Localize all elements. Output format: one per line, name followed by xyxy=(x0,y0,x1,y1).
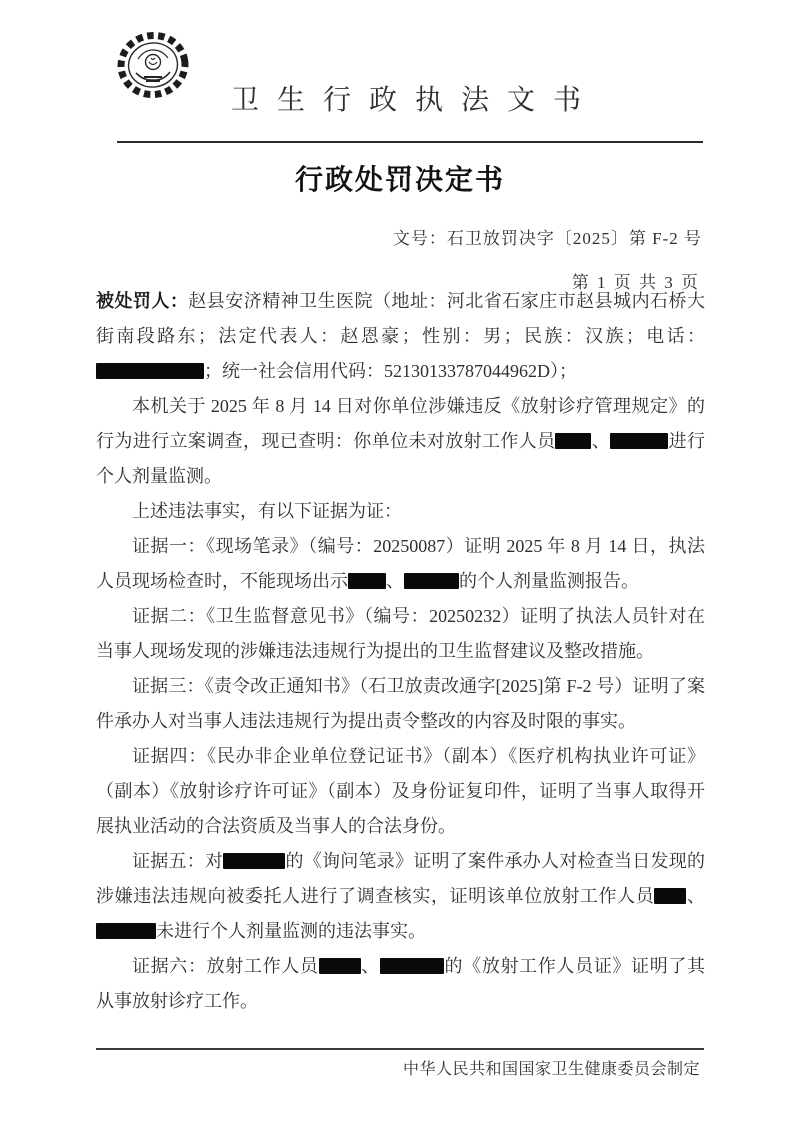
paragraph-text: 赵县安济精神卫生医院（地址：河北省石家庄市赵县城内石桥大街南段路东；法定代表人：… xyxy=(96,291,705,346)
paragraph-lead-label: 被处罚人： xyxy=(96,291,188,311)
paragraph-text: 证据四：《民办非企业单位登记证书》（副本）《医疗机构执业许可证》（副本）《放射诊… xyxy=(96,746,705,836)
paragraph-text: 未进行个人剂量监测的违法事实。 xyxy=(156,921,426,941)
redaction-bar xyxy=(404,573,459,589)
document-title: 行政处罚决定书 xyxy=(0,158,800,198)
body-paragraph: 证据一：《现场笔录》（编号：20250087）证明 2025 年 8 月 14 … xyxy=(96,529,705,599)
footer-divider xyxy=(96,1048,704,1050)
document-body: 被处罚人：赵县安济精神卫生医院（地址：河北省石家庄市赵县城内石桥大街南段路东；法… xyxy=(96,284,705,1019)
header-divider xyxy=(117,141,703,143)
paragraph-text: 、 xyxy=(686,886,705,906)
document-number: 文号：石卫放罚决字〔2025〕第 F-2 号 xyxy=(393,224,702,249)
body-paragraph: 证据三：《责令改正通知书》（石卫放责改通字[2025]第 F-2 号）证明了案件… xyxy=(96,669,705,739)
paragraph-text: 、 xyxy=(386,571,404,591)
body-paragraph: 证据六：放射工作人员、的《放射工作人员证》证明了其从事放射诊疗工作。 xyxy=(96,949,705,1019)
redaction-bar xyxy=(348,573,386,589)
redaction-bar xyxy=(96,363,204,379)
redaction-bar xyxy=(654,888,686,904)
paragraph-text: 证据三：《责令改正通知书》（石卫放责改通字[2025]第 F-2 号）证明了案件… xyxy=(96,676,705,731)
paragraph-text: ；统一社会信用代码：52130133787044962D）； xyxy=(204,361,577,381)
document-series-label: 卫生行政执法文书 xyxy=(231,78,599,118)
body-paragraph: 本机关于 2025 年 8 月 14 日对你单位涉嫌违反《放射诊疗管理规定》的行… xyxy=(96,389,705,494)
redaction-bar xyxy=(610,433,668,449)
body-paragraph: 证据二：《卫生监督意见书》（编号：20250232）证明了执法人员针对在当事人现… xyxy=(96,599,705,669)
paragraph-text: 证据五：对 xyxy=(132,851,223,871)
body-paragraph: 证据五：对的《询问笔录》证明了案件承办人对检查当日发现的涉嫌违法违规向被委托人进… xyxy=(96,844,705,949)
scanned-document-page: 卫生行政执法文书 行政处罚决定书 文号：石卫放罚决字〔2025〕第 F-2 号 … xyxy=(0,0,800,1131)
health-commission-seal-icon xyxy=(116,31,190,106)
redaction-bar xyxy=(96,923,156,939)
body-paragraph: 上述违法事实，有以下证据为证： xyxy=(96,494,705,529)
paragraph-text: 证据二：《卫生监督意见书》（编号：20250232）证明了执法人员针对在当事人现… xyxy=(96,606,705,661)
paragraph-text: 、 xyxy=(361,956,380,976)
redaction-bar xyxy=(319,958,361,974)
redaction-bar xyxy=(380,958,444,974)
redaction-bar xyxy=(223,853,285,869)
body-paragraph: 被处罚人：赵县安济精神卫生医院（地址：河北省石家庄市赵县城内石桥大街南段路东；法… xyxy=(96,284,705,389)
redaction-bar xyxy=(555,433,591,449)
footer-issuer-note: 中华人民共和国国家卫生健康委员会制定 xyxy=(403,1056,700,1079)
paragraph-text: 的个人剂量监测报告。 xyxy=(459,571,639,591)
paragraph-text: 证据六：放射工作人员 xyxy=(132,956,319,976)
body-paragraph: 证据四：《民办非企业单位登记证书》（副本）《医疗机构执业许可证》（副本）《放射诊… xyxy=(96,739,705,844)
paragraph-text: 上述违法事实，有以下证据为证： xyxy=(132,501,402,521)
paragraph-text: 、 xyxy=(591,431,610,451)
